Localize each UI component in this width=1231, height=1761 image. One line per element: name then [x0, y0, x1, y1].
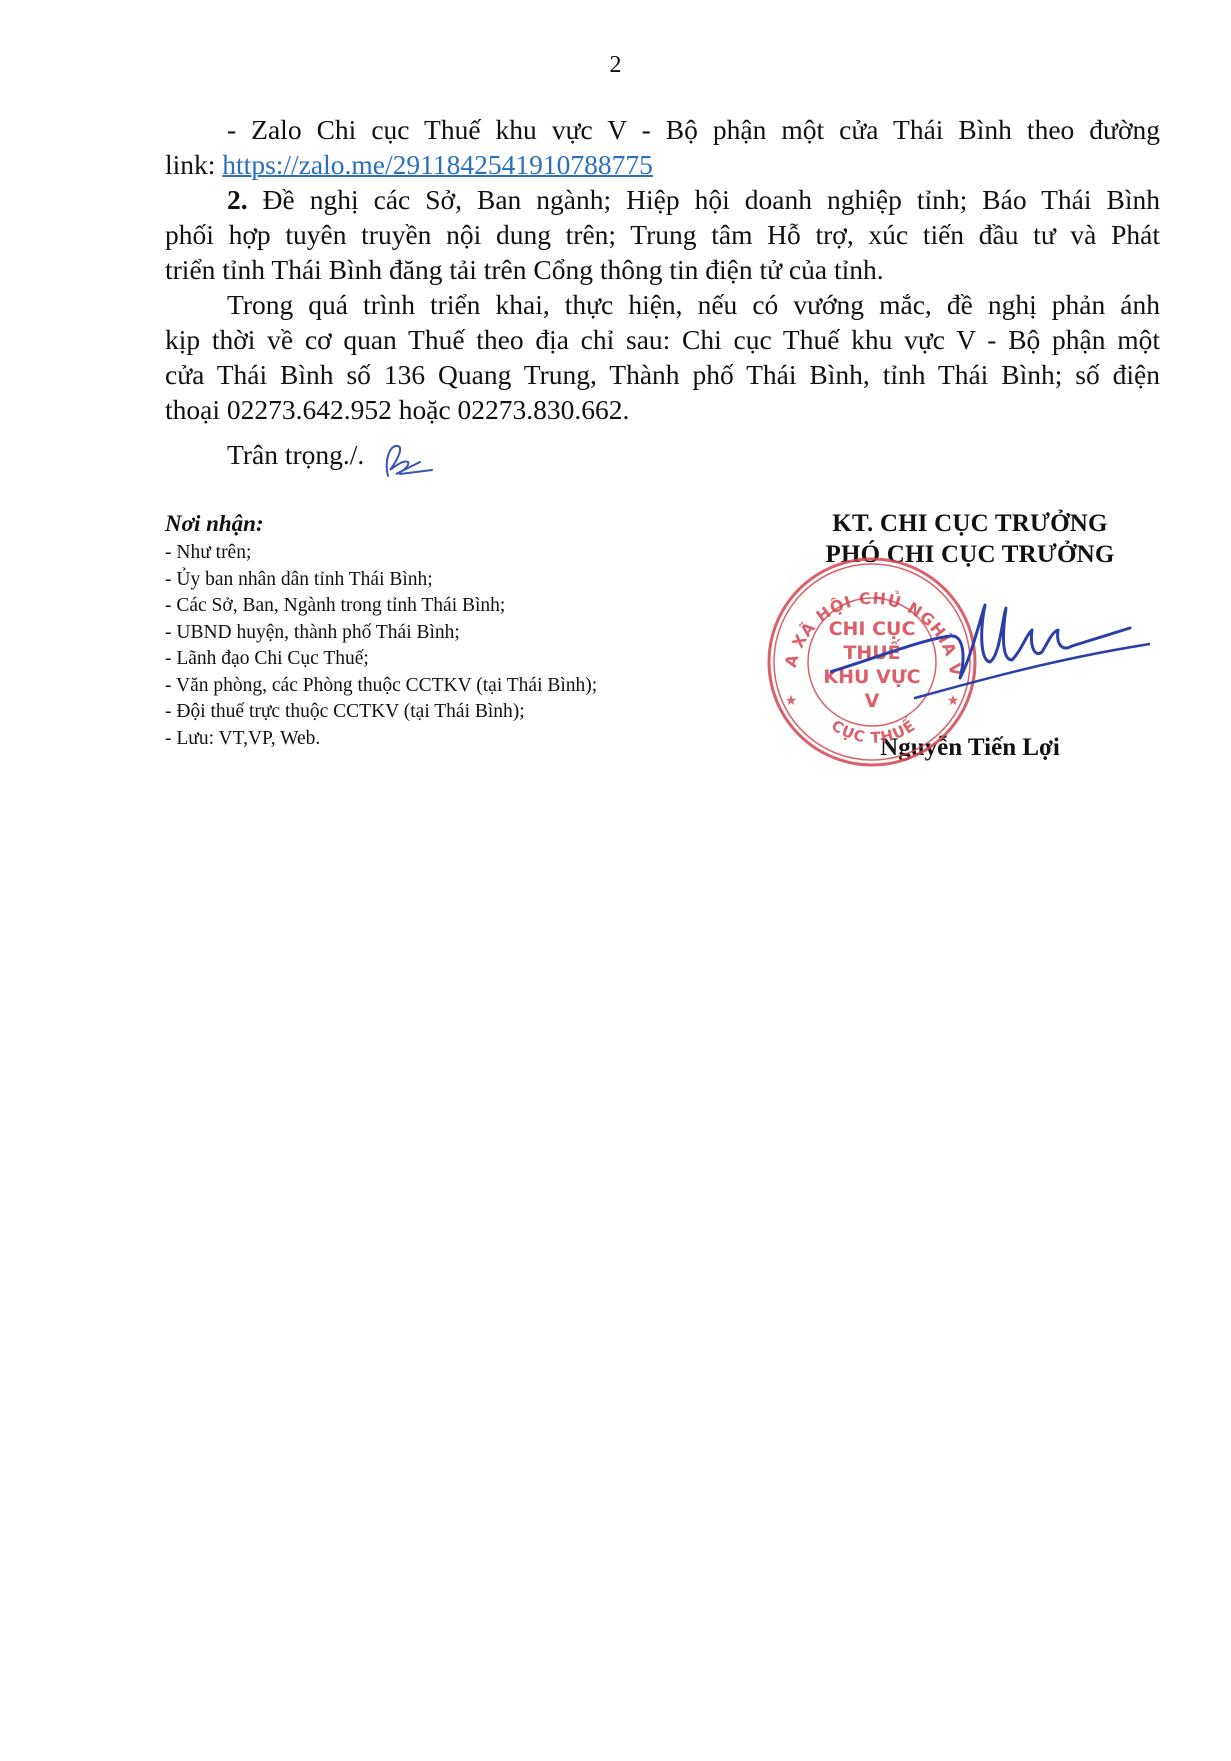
zalo-line-2: link: https://zalo.me/291184254191078877… [165, 147, 1160, 182]
zalo-line-1: - Zalo Chi cục Thuế khu vực V - Bộ phận … [165, 112, 1160, 147]
contact-line-1: Trong quá trình triển khai, thực hiện, n… [165, 287, 1160, 322]
initials-mark-icon [380, 440, 440, 480]
recipients-list: - Như trên; - Ủy ban nhân dân tỉnh Thái … [165, 540, 725, 752]
recipient-item: - Các Sở, Ban, Ngành trong tỉnh Thái Bìn… [165, 593, 725, 620]
recipient-item: - Đội thuế trực thuộc CCTKV (tại Thái Bì… [165, 699, 725, 726]
recipient-item: - Như trên; [165, 540, 725, 567]
item-2-line-1-text: Đề nghị các Sở, Ban ngành; Hiệp hội doan… [248, 184, 1160, 215]
contact-line-4: thoại 02273.642.952 hoặc 02273.830.662. [165, 392, 1160, 427]
recipients-section: Nơi nhận: - Như trên; - Ủy ban nhân dân … [165, 510, 725, 752]
contact-line-2: kịp thời về cơ quan Thuế theo địa chỉ sa… [165, 322, 1160, 357]
svg-text:★: ★ [785, 693, 798, 709]
handwritten-signature-icon [830, 600, 1150, 710]
contact-line-3: cửa Thái Bình số 136 Quang Trung, Thành … [165, 357, 1160, 392]
item-2-line-3: triển tỉnh Thái Bình đăng tải trên Cổng … [165, 252, 1160, 287]
link-prefix: link: [165, 149, 222, 180]
recipients-title: Nơi nhận: [165, 510, 725, 538]
item-2-line-2: phối hợp tuyên truyền nội dung trên; Tru… [165, 217, 1160, 252]
page-number: 2 [0, 50, 1231, 80]
item-2-line-1: 2. Đề nghị các Sở, Ban ngành; Hiệp hội d… [165, 182, 1160, 217]
recipient-item: - Ủy ban nhân dân tỉnh Thái Bình; [165, 567, 725, 594]
zalo-link[interactable]: https://zalo.me/2911842541910788775 [222, 149, 653, 180]
signature-title-line-1: KT. CHI CỤC TRƯỞNG [760, 508, 1180, 539]
letter-body: - Zalo Chi cục Thuế khu vực V - Bộ phận … [165, 112, 1160, 427]
recipient-item: - Văn phòng, các Phòng thuộc CCTKV (tại … [165, 673, 725, 700]
recipient-item: - Lưu: VT,VP, Web. [165, 726, 725, 753]
item-2-number: 2. [227, 184, 248, 215]
recipient-item: - UBND huyện, thành phố Thái Bình; [165, 620, 725, 647]
recipient-item: - Lãnh đạo Chi Cục Thuế; [165, 646, 725, 673]
closing-salutation: Trân trọng./. [227, 437, 364, 472]
